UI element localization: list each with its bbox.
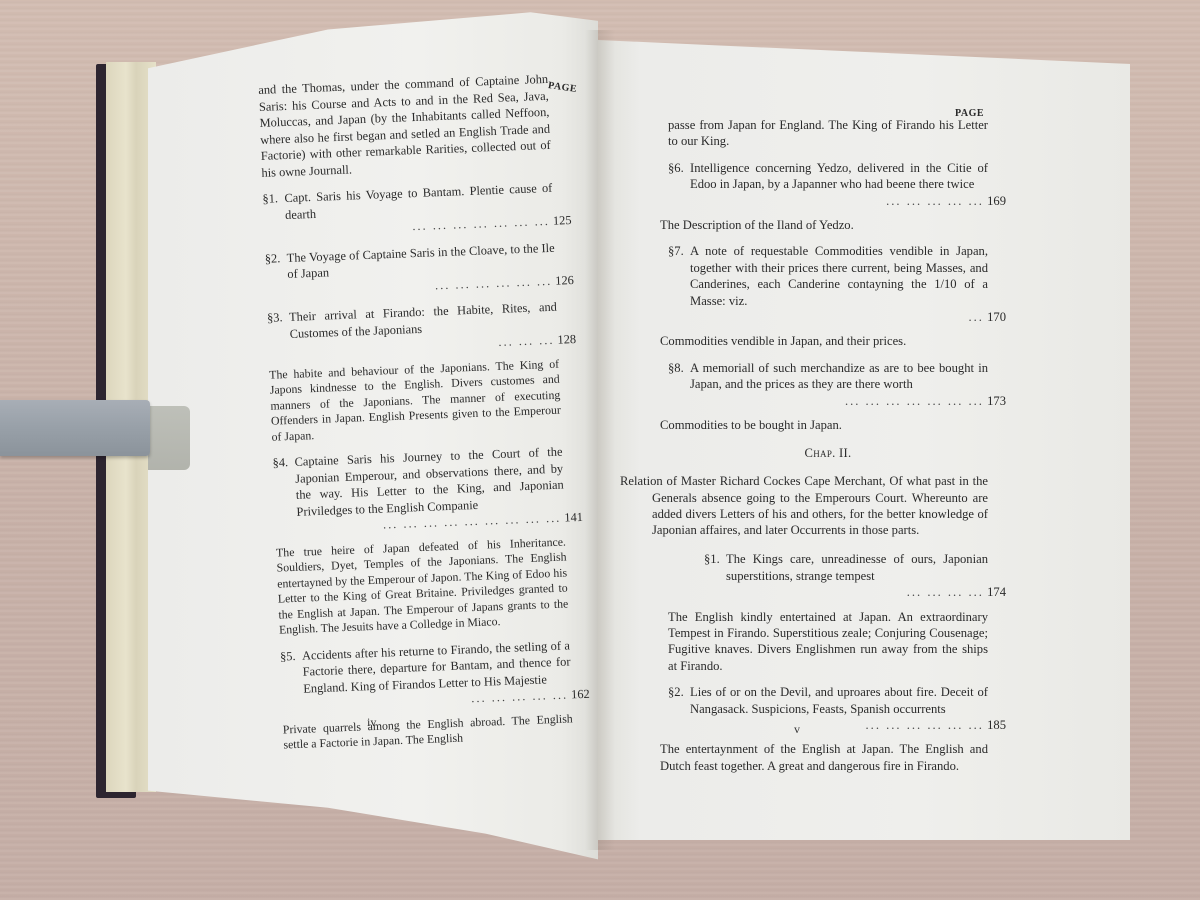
entry-summary: The habite and behaviour of the Japonian… (269, 356, 562, 445)
entry-summary: The Description of the Iland of Yedzo. (660, 217, 988, 233)
page-number: 126 (555, 273, 574, 288)
right-page-content: passe from Japan for England. The King o… (668, 105, 988, 774)
page-number: 141 (564, 510, 583, 525)
page-number: 170 (987, 310, 1006, 324)
dot-leader: ... ... ... ... ... ... (866, 718, 984, 732)
dot-leader: ... ... ... ... ... ... ... (412, 214, 550, 233)
toc-entry[interactable]: §8. A memoriall of such merchandize as a… (668, 360, 988, 409)
dot-leader: ... ... ... (498, 333, 555, 349)
toc-entry[interactable]: §3. Their arrival at Firando: the Habite… (267, 299, 559, 360)
toc-entry[interactable]: §1. Capt. Saris his Voyage to Bantam. Pl… (262, 180, 554, 241)
page-number: 128 (557, 332, 576, 347)
page-number: 169 (987, 194, 1006, 208)
entry-summary: The true heire of Japan defeated of his … (276, 534, 569, 638)
page-number: 185 (987, 718, 1006, 732)
page-number: 173 (987, 394, 1006, 408)
entry-summary: Commodities vendible in Japan, and their… (660, 333, 988, 349)
section-number: §2. (264, 250, 288, 300)
entry-summary: Commodities to be bought in Japan. (660, 417, 988, 433)
page-number: 174 (987, 585, 1006, 599)
section-number: §6. (668, 160, 690, 209)
left-page-content: and the Thomas, under the command of Cap… (258, 71, 574, 753)
page-number: 162 (571, 687, 590, 702)
entry-title: Intelligence concerning Yedzo, delivered… (690, 161, 988, 191)
entry-title: A memoriall of such merchandize as are t… (690, 361, 988, 391)
toc-entry[interactable]: §4. Captaine Saris his Journey to the Co… (272, 444, 565, 538)
dot-leader: ... ... ... ... ... ... (435, 273, 553, 291)
section-number: §1. (704, 551, 726, 600)
continuation-paragraph: passe from Japan for England. The King o… (668, 117, 988, 150)
page-number: 125 (553, 213, 572, 228)
section-number: §5. (280, 647, 305, 714)
entry-summary: The entertaynment of the English at Japa… (660, 741, 988, 774)
entry-title: Lies of or on the Devil, and uproares ab… (690, 685, 988, 715)
entry-title: Accidents after his returne to Firando, … (302, 638, 571, 695)
dot-leader: ... ... ... ... ... ... ... (845, 394, 984, 408)
toc-entry[interactable]: §7. A note of requestable Commodities ve… (668, 243, 988, 325)
section-number: §1. (262, 190, 286, 240)
toc-entry[interactable]: §6. Intelligence concerning Yedzo, deliv… (668, 160, 988, 209)
section-number: §3. (267, 309, 291, 359)
chapter-heading: Chap. II. (668, 446, 988, 461)
toc-entry[interactable]: §1. The Kings care, unreadinesse of ours… (704, 551, 988, 600)
dot-leader: ... ... ... ... ... (471, 688, 568, 706)
entry-title: A note of requestable Commodities vendib… (690, 244, 988, 307)
toc-entry[interactable]: §2. The Voyage of Captaine Saris in the … (264, 239, 556, 300)
dot-leader: ... (969, 310, 984, 324)
section-number: §4. (272, 454, 297, 537)
dot-leader: ... ... ... ... (907, 585, 984, 599)
book-gutter (585, 30, 615, 850)
entry-title: The Kings care, unreadinesse of ours, Ja… (726, 552, 988, 582)
clip-tip (148, 406, 190, 470)
section-number: §2. (668, 684, 690, 733)
metal-page-clip[interactable] (0, 400, 150, 456)
dot-leader: ... ... ... ... ... (886, 194, 984, 208)
entry-summary: The English kindly entertained at Japan.… (668, 609, 988, 675)
section-number: §8. (668, 360, 690, 409)
toc-entry[interactable]: §5. Accidents after his returne to Firan… (280, 637, 572, 714)
entry-title: Captaine Saris his Journey to the Court … (294, 445, 564, 519)
section-number: §7. (668, 243, 690, 325)
intro-paragraph: and the Thomas, under the command of Cap… (258, 71, 552, 181)
chapter-relation: Relation of Master Richard Cockes Cape M… (620, 473, 988, 539)
left-folio: iv (367, 715, 376, 730)
toc-entry[interactable]: §2. Lies of or on the Devil, and uproare… (668, 684, 988, 733)
right-folio: v (794, 722, 800, 737)
